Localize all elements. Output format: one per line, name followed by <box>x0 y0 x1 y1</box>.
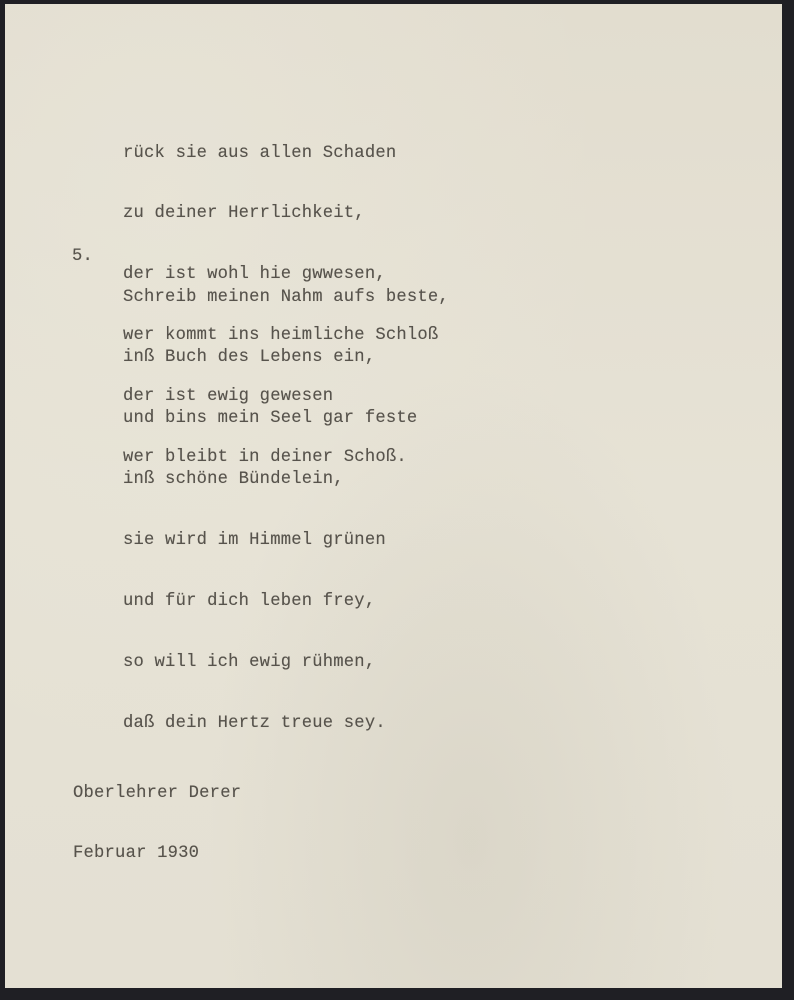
verse-line: zu deiner Herrlichkeit, <box>123 204 438 224</box>
date-line: Februar 1930 <box>73 844 241 864</box>
verse-line: inß schöne Bündelein, <box>123 470 449 490</box>
verse-line: so will ich ewig rühmen, <box>123 653 449 673</box>
verse-line: daß dein Hertz treue sey. <box>123 714 449 734</box>
author-name: Oberlehrer Derer <box>73 784 241 804</box>
verse-line: und bins mein Seel gar feste <box>123 409 449 429</box>
scanned-page: rück sie aus allen Schaden zu deiner Her… <box>0 0 794 1000</box>
stanza-5-lines: Schreib meinen Nahm aufs beste, inß Buch… <box>123 247 449 775</box>
stanza-5: 5. Schreib meinen Nahm aufs beste, inß B… <box>72 247 135 328</box>
verse-line: Schreib meinen Nahm aufs beste, <box>123 288 449 308</box>
verse-line: sie wird im Himmel grünen <box>123 531 449 551</box>
stanza-number: 5. <box>72 247 93 267</box>
verse-line: und für dich leben frey, <box>123 592 449 612</box>
signature-block: Oberlehrer Derer Februar 1930 <box>73 743 241 905</box>
paper-sheet: rück sie aus allen Schaden zu deiner Her… <box>5 4 782 988</box>
verse-line: inß Buch des Lebens ein, <box>123 348 449 368</box>
verse-line: rück sie aus allen Schaden <box>123 144 438 164</box>
